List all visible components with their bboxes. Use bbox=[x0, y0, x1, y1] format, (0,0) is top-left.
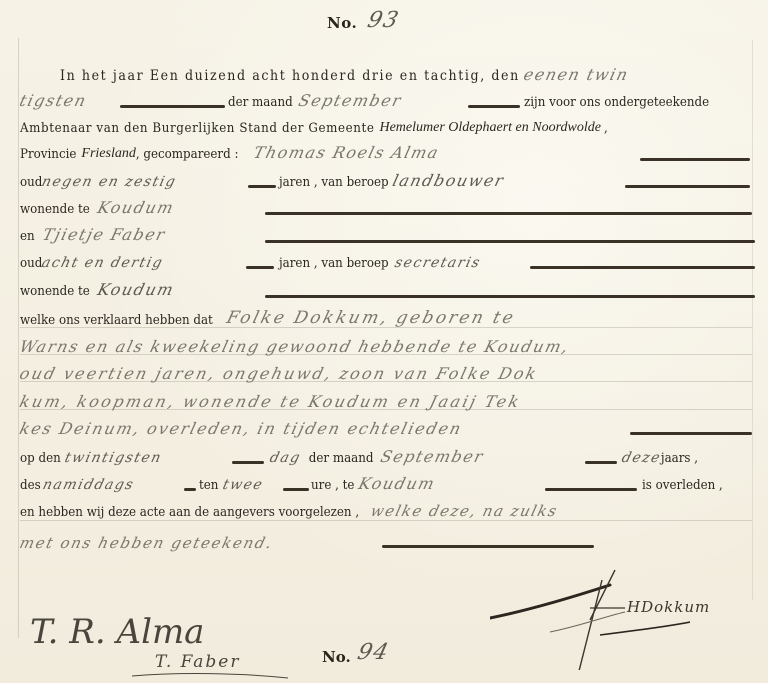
fill-rule bbox=[283, 488, 309, 491]
guide-line bbox=[20, 520, 752, 521]
line-16: des namiddags bbox=[20, 467, 134, 493]
printed-wonende-te: wonende te bbox=[20, 284, 90, 299]
fill-rule bbox=[468, 105, 520, 108]
printed-en: en bbox=[20, 229, 35, 244]
fill-rule bbox=[545, 488, 637, 491]
printed-intro: In het jaar Een duizend acht honderd dri… bbox=[60, 68, 520, 84]
printed-jaars: jaars , bbox=[661, 451, 698, 466]
death-day: twintigsten bbox=[63, 450, 164, 466]
line-12: oud veertien jaren, ongehuwd, zoon van F… bbox=[20, 357, 538, 383]
handwritten-day-part1: eenen twin bbox=[521, 65, 630, 84]
printed-oud: oud bbox=[20, 175, 42, 190]
death-time-of-day: namiddags bbox=[41, 477, 136, 493]
printed-is-overleden: is overleden , bbox=[642, 478, 723, 493]
act-number: 93 bbox=[365, 8, 402, 33]
fill-rule bbox=[530, 266, 755, 269]
printed-ambtenaar: Ambtenaar van den Burgerlijken Stand der… bbox=[20, 121, 374, 136]
printed-des: des bbox=[20, 478, 41, 493]
line-6: wonende te Koudum bbox=[20, 191, 174, 217]
declarant-2-profession: secretaris bbox=[393, 255, 483, 271]
handwritten-month: September bbox=[296, 91, 403, 110]
printed-wonende-te: wonende te bbox=[20, 202, 90, 217]
signature-underline-icon bbox=[130, 670, 290, 682]
deceased-statement: Folke Dokkum, geboren te bbox=[224, 308, 517, 328]
printed-jaren-beroep: jaren , van beroep bbox=[279, 256, 389, 271]
official-signature: HDokkum bbox=[627, 598, 710, 616]
line-16d: is overleden , bbox=[642, 467, 723, 493]
death-place: Koudum bbox=[357, 474, 438, 493]
line-5b: jaren , van beroep landbouwer bbox=[279, 164, 504, 190]
line-13: kum, koopman, wonende te Koudum en Jaaij… bbox=[20, 385, 521, 411]
guide-line bbox=[20, 327, 752, 328]
line-10: welke ons verklaard hebben dat Folke Dok… bbox=[20, 302, 515, 328]
line-16c: ure , te Koudum bbox=[311, 467, 436, 493]
line-2c: zijn voor ons ondergeteekende bbox=[524, 84, 709, 110]
printed-voorgelezen: en hebben wij deze acte aan de aangevers… bbox=[20, 505, 359, 520]
fill-rule bbox=[184, 488, 196, 491]
printed-gecompareerd: , gecompareerd : bbox=[136, 147, 239, 162]
printed-jaren-beroep: jaren , van beroep bbox=[279, 175, 389, 190]
guide-line bbox=[20, 409, 752, 410]
declarant-1-profession: landbouwer bbox=[390, 171, 506, 190]
next-act-number-label: No. bbox=[322, 648, 351, 666]
line-1: In het jaar Een duizend acht honderd dri… bbox=[60, 58, 628, 84]
printed-op-den: op den bbox=[20, 451, 61, 466]
dag-word: dag bbox=[268, 450, 303, 466]
declarant-1-residence: Koudum bbox=[95, 198, 176, 217]
fill-rule bbox=[265, 212, 752, 215]
line-2: tigsten bbox=[20, 84, 87, 110]
declarant-2-residence: Koudum bbox=[95, 280, 176, 299]
deze-word: deze bbox=[620, 450, 663, 466]
declarant-2-signature: T. Faber bbox=[155, 652, 241, 672]
declarant-1-name: Thomas Roels Alma bbox=[252, 143, 442, 162]
comma: , bbox=[604, 121, 608, 136]
line-15c: deze jaars , bbox=[622, 440, 698, 466]
guide-line bbox=[20, 354, 752, 355]
province-name: Friesland bbox=[81, 146, 135, 162]
line-3: Ambtenaar van den Burgerlijken Stand der… bbox=[20, 110, 608, 136]
printed-ure-te: ure , te bbox=[311, 478, 354, 493]
civil-record-page: No. 93 In het jaar Een duizend acht hond… bbox=[0, 0, 768, 683]
fill-rule bbox=[640, 158, 750, 161]
line-18: met ons hebben geteekend. bbox=[20, 526, 273, 552]
next-act-number: 94 bbox=[355, 640, 392, 665]
printed-oud: oud bbox=[20, 256, 42, 271]
printed-provincie: Provincie bbox=[20, 147, 76, 162]
fill-rule bbox=[246, 266, 274, 269]
death-hour: twee bbox=[221, 477, 265, 493]
guide-line bbox=[20, 381, 752, 382]
fill-rule bbox=[232, 461, 264, 464]
line-7: en Tjietje Faber bbox=[20, 218, 165, 244]
printed-der-maand: der maand bbox=[309, 451, 374, 466]
fill-rule bbox=[265, 295, 755, 298]
right-margin-line bbox=[752, 40, 753, 600]
declarant-1-signature: T. R. Alma bbox=[30, 612, 204, 652]
handwritten-day-part2: tigsten bbox=[18, 91, 89, 110]
declarant-1-age: negen en zestig bbox=[40, 174, 178, 190]
fill-rule bbox=[248, 185, 276, 188]
line-16b: ten twee bbox=[199, 467, 264, 493]
death-month: September bbox=[379, 447, 486, 466]
fill-rule bbox=[265, 240, 755, 243]
declarant-2-name: Tjietje Faber bbox=[40, 225, 167, 244]
line-2b: der maand September bbox=[228, 84, 401, 110]
printed-der-maand: der maand bbox=[228, 95, 293, 110]
printed-zijn-voor-ons: zijn voor ons ondergeteekende bbox=[524, 95, 709, 110]
fill-rule bbox=[382, 545, 594, 548]
printed-ten: ten bbox=[199, 478, 218, 493]
printed-welke-ons: welke ons verklaard hebben dat bbox=[20, 313, 213, 328]
line-17: en hebben wij deze acte aan de aangevers… bbox=[20, 494, 558, 520]
parents-status: kes Deinum, overleden, in tijden echteli… bbox=[18, 419, 465, 438]
municipality-name: Hemelumer Oldephaert en Noordwolde bbox=[379, 120, 601, 136]
handwritten-closing-1: welke deze, na zulks bbox=[369, 502, 560, 520]
fill-rule bbox=[630, 432, 752, 435]
line-11: Warns en als kweekeling gewoond hebbende… bbox=[20, 330, 569, 356]
declarant-2-age: acht en dertig bbox=[40, 255, 165, 271]
fill-rule bbox=[585, 461, 617, 464]
line-9: wonende te Koudum bbox=[20, 273, 174, 299]
line-5: oud negen en zestig bbox=[20, 164, 177, 190]
line-14: kes Deinum, overleden, in tijden echteli… bbox=[20, 412, 462, 438]
handwritten-closing-2: met ons hebben geteekend. bbox=[18, 534, 275, 552]
line-8b: jaren , van beroep secretaris bbox=[279, 245, 480, 271]
fill-rule bbox=[625, 185, 750, 188]
line-4: Provincie Friesland , gecompareerd : Tho… bbox=[20, 136, 440, 162]
line-8: oud acht en dertig bbox=[20, 245, 163, 271]
fill-rule bbox=[120, 105, 225, 108]
line-15: op den twintigsten bbox=[20, 440, 162, 466]
line-15b: dag der maand September bbox=[270, 440, 484, 466]
act-number-label: No. bbox=[327, 14, 357, 32]
